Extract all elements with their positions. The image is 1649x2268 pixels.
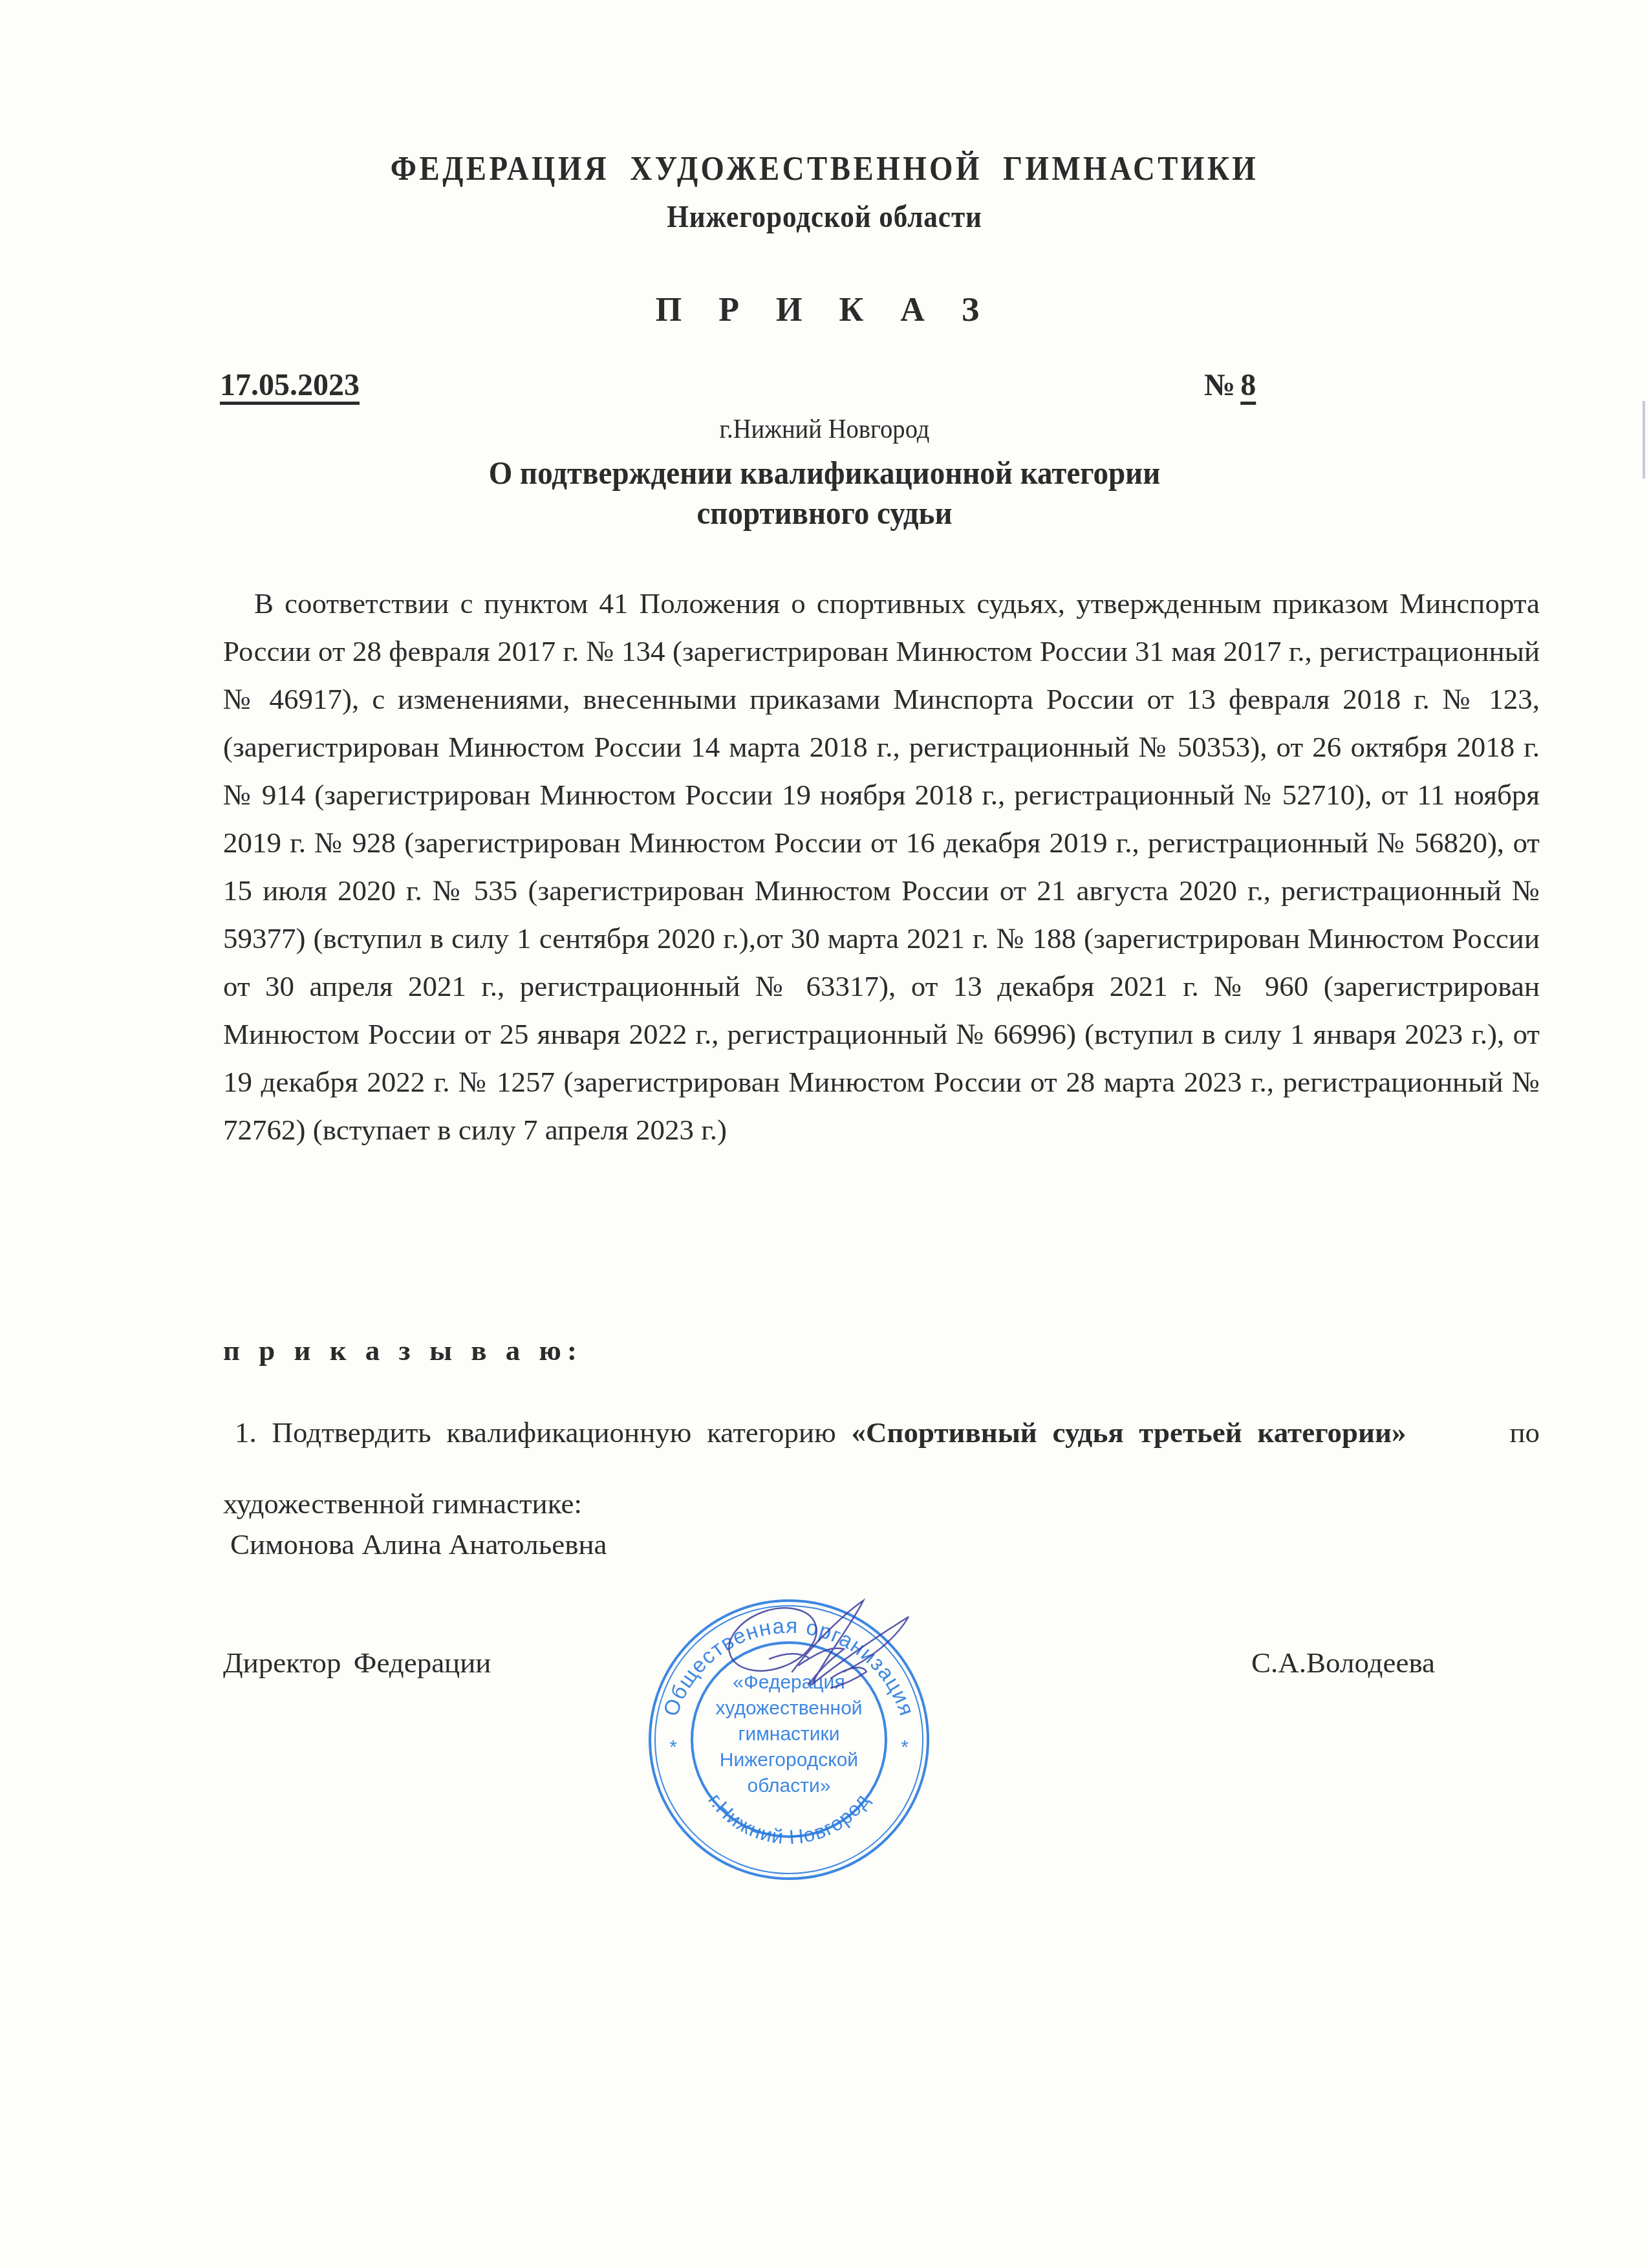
subject-line-1: О подтверждении квалификационной категор… [50,453,1600,493]
svg-text:области»: области» [748,1775,831,1797]
preamble-paragraph: В соответствии с пунктом 41 Положения о … [223,579,1540,1154]
document-subject: О подтверждении квалификационной категор… [50,453,1600,533]
order-directive: п р и к а з ы в а ю: [223,1334,583,1367]
item-category: «Спортивный судья третьей категории» [852,1416,1406,1449]
order-item-1: 1. Подтвердить квалификационную категори… [223,1397,1540,1539]
document-city: г.Нижний Новгород [66,414,1583,445]
document-type: П Р И К А З [0,291,1649,329]
organization-name: ФЕДЕРАЦИЯ ХУДОЖЕСТВЕННОЙ ГИМНАСТИКИ [83,150,1567,188]
number-value: 8 [1235,368,1256,402]
signatory-name: С.А.Володеева [1251,1646,1435,1679]
svg-text:*: * [669,1736,677,1758]
official-stamp: Общественная организация г.Нижний Новгор… [637,1588,941,1892]
number-label: № [1204,368,1235,402]
svg-text:*: * [901,1736,909,1758]
document-date: 17.05.2023 [220,367,360,403]
item-text-before: Подтвердить квалификационную категорию [272,1416,852,1449]
signatory-title: Директор Федерации [223,1646,491,1679]
stamp-bottom-text: г.Нижний Новгород [704,1789,874,1848]
svg-text:Нижегородской: Нижегородской [720,1749,858,1771]
svg-text:художественной: художественной [715,1698,862,1719]
document-number: №8 [1204,367,1256,403]
svg-text:гимнастики: гимнастики [738,1723,840,1745]
person-name: Симонова Алина Анатольевна [230,1528,607,1561]
item-number: 1. [223,1416,257,1449]
scan-edge-mark [1643,401,1645,479]
subject-line-2: спортивного судьи [50,493,1600,533]
svg-text:«Федерация: «Федерация [733,1672,845,1693]
stamp-seal-icon: Общественная организация г.Нижний Новгор… [637,1588,941,1892]
organization-region: Нижегородской области [83,199,1567,235]
